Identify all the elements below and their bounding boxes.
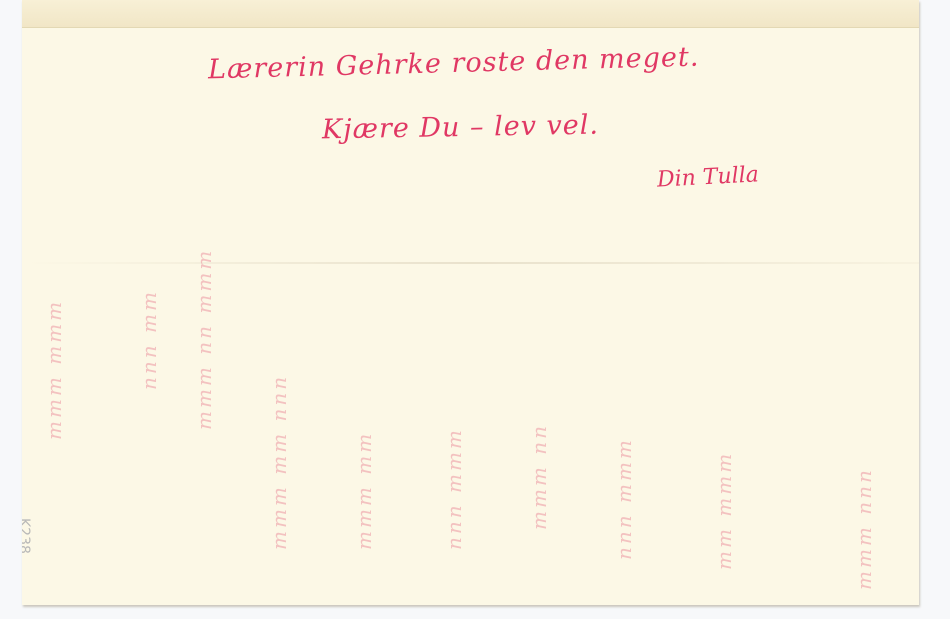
bleed-through-text: mmm mmm — [42, 80, 66, 440]
archive-mark: K238 — [22, 518, 32, 554]
bleed-through-text: nnn mmm — [442, 130, 466, 550]
letter-line-2: Kjære Du – lev vel. — [322, 110, 599, 146]
bleed-through-text: nnn mm — [137, 90, 161, 390]
letter-page: mmm mmm nnn mm mmm nn mmm mmm mm nnn mmm… — [22, 0, 919, 605]
bleed-through-text: mmm mm nnn — [267, 110, 291, 550]
bleed-through-text: mmm mm — [352, 120, 376, 550]
bleed-through-text: mmm nn mmm — [192, 100, 216, 430]
top-fold — [22, 0, 919, 28]
letter-line-1: Lærerin Gehrke roste den meget. — [208, 42, 700, 86]
bleed-through-text: nnn mmm — [612, 160, 636, 560]
bleed-through-text: mmm nn — [527, 150, 551, 530]
letter-signature: Din Tulla — [656, 162, 759, 192]
bleed-through-text: mmm nnn — [852, 120, 876, 590]
